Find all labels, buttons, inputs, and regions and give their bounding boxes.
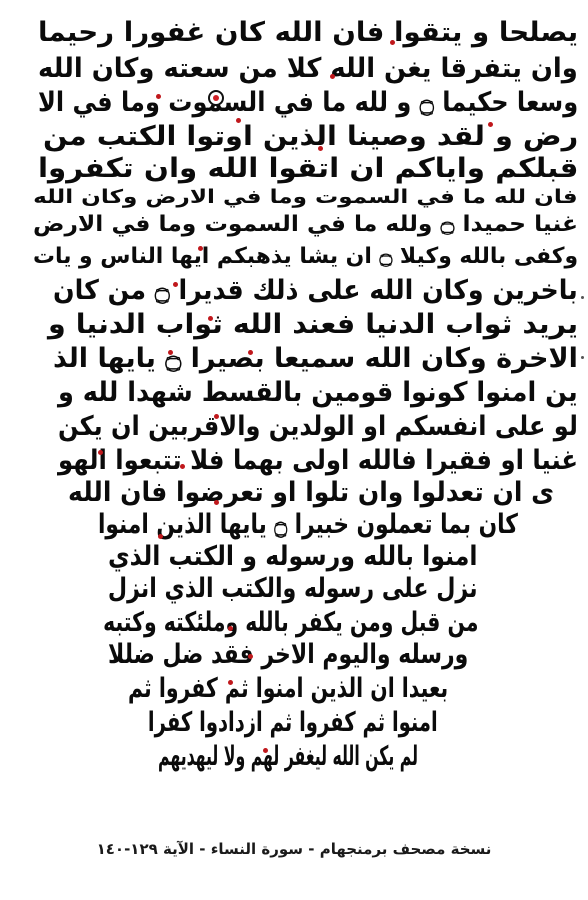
red-vowel-dot: [214, 500, 219, 505]
manuscript-line: وكفى بالله وكيلا ۝ ان يشا يذهبكم ايها ال…: [33, 242, 578, 272]
manuscript-line: من قبل ومن يكفر بالله وملئكته وكتبه: [103, 608, 478, 638]
manuscript-page: يصلحا و يتقوا فان الله كان غفورا رحيما و…: [0, 0, 588, 820]
verse-end-marker-icon: [208, 90, 224, 106]
red-vowel-dot: [390, 40, 395, 45]
red-vowel-dot: [98, 450, 103, 455]
margin-mark: [581, 296, 584, 299]
manuscript-line: يريد ثواب الدنيا فعند الله ثواب الدنيا و: [48, 310, 578, 340]
manuscript-line: لو على انفسكم او الولدين والاقربين ان يك…: [58, 412, 578, 442]
manuscript-line: غنيا او فقيرا فالله اولى بهما فلا تتبعوا…: [58, 446, 578, 476]
manuscript-line: يصلحا و يتقوا فان الله كان غفورا رحيما: [38, 18, 578, 48]
red-vowel-dot: [263, 748, 268, 753]
manuscript-line: امنوا بالله ورسوله و الكتب الذي: [108, 542, 478, 572]
red-vowel-dot: [158, 534, 163, 539]
red-vowel-dot: [180, 464, 185, 469]
red-vowel-dot: [236, 118, 241, 123]
red-vowel-dot: [156, 94, 161, 99]
manuscript-line: رض و لقد وصينا الذين اوتوا الكتب من: [43, 122, 578, 152]
manuscript-line: بعيدا ان الذين امنوا ثم كفروا ثم: [128, 674, 448, 704]
manuscript-line: قبلكم واياكم ان اتقوا الله وان تكفروا: [37, 154, 578, 184]
red-vowel-dot: [248, 654, 253, 659]
manuscript-line: وسعا حكيما ۝ و لله ما في السموت وما في ا…: [38, 88, 578, 118]
margin-mark: [581, 356, 584, 359]
manuscript-line: ى ان تعدلوا وان تلوا او تعرضوا فان الله: [68, 478, 554, 508]
red-vowel-dot: [228, 680, 233, 685]
manuscript-line: نزل على رسوله والكتب الذي انزل: [108, 574, 478, 604]
red-vowel-dot: [318, 146, 323, 151]
manuscript-line: لم يكن الله ليغفر لهم ولا ليهديهم: [158, 742, 418, 772]
manuscript-line: ين امنوا كونوا قومين بالقسط شهدا لله و: [58, 378, 578, 408]
manuscript-line: ورسله واليوم الاخر فقد ضل ضللا: [108, 640, 468, 670]
manuscript-line: امنوا ثم كفروا ثم ازدادوا كفرا: [148, 708, 438, 738]
red-vowel-dot: [173, 282, 178, 287]
red-vowel-dot: [208, 316, 213, 321]
manuscript-line: وان يتفرقا يغن الله كلا من سعته وكان الل…: [38, 54, 578, 84]
manuscript-line: فان لله ما في السموت وما في الارض وكان ا…: [33, 182, 578, 212]
image-caption: نسخة مصحف برمنجهام - سورة النساء - الآية…: [0, 840, 588, 858]
red-vowel-dot: [248, 350, 253, 355]
red-vowel-dot: [228, 626, 233, 631]
red-vowel-dot: [214, 414, 219, 419]
red-vowel-dot: [488, 122, 493, 127]
manuscript-line: الاخرة وكان الله سميعا بصيرا ۝ يايها الذ: [53, 344, 578, 374]
manuscript-line: غنيا حميدا ۝ ولله ما في السموت وما في ال…: [33, 210, 578, 240]
red-vowel-dot: [168, 350, 173, 355]
manuscript-line: باخرين وكان الله على ذلك قديرا ۝ من كان: [53, 276, 578, 306]
red-vowel-dot: [330, 74, 335, 79]
red-vowel-dot: [198, 246, 203, 251]
